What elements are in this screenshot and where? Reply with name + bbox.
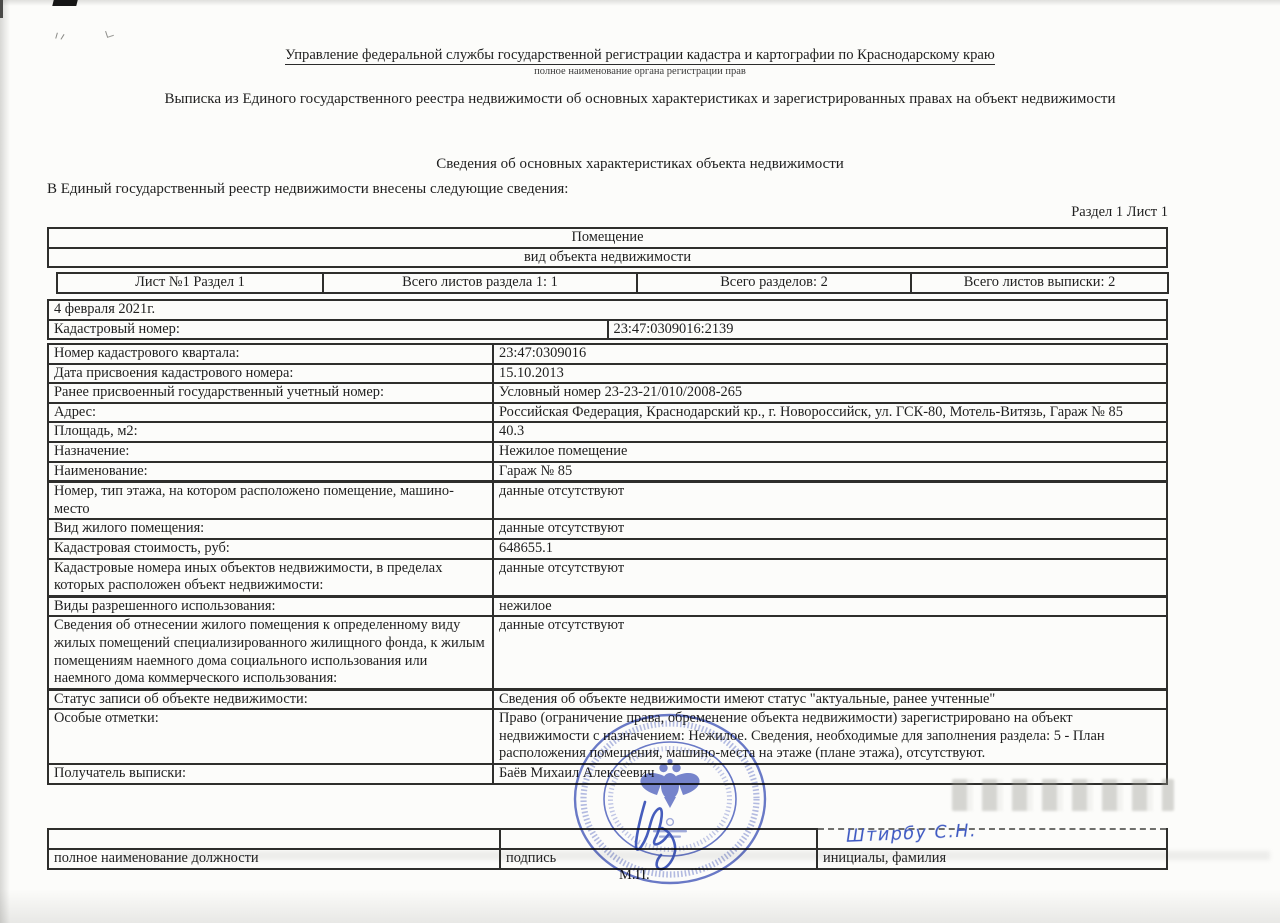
scan-corner-artifact <box>52 0 77 6</box>
field-label: Кадастровые номера иных объектов недвижи… <box>48 559 493 597</box>
signature-name-caption: инициалы, фамилия <box>817 849 1167 869</box>
scanned-document-page: Управление федеральной службы государств… <box>0 0 1280 923</box>
field-value: Условный номер 23-23-21/010/2008-265 <box>493 383 1167 403</box>
field-value: 23:47:0309016:2139 <box>608 320 1168 340</box>
table-row: Кадастровая стоимость, руб:648655.1 <box>48 539 1167 559</box>
double-headed-eagle-icon <box>640 759 699 808</box>
field-value: Нежилое помещение <box>493 442 1167 462</box>
sheet-info-table: Лист №1 Раздел 1 Всего листов раздела 1:… <box>56 272 1169 294</box>
field-label: Дата присвоения кадастрового номера: <box>48 364 493 384</box>
table-row: Адрес:Российская Федерация, Краснодарски… <box>48 403 1167 423</box>
table-row: Номер кадастрового квартала:23:47:030901… <box>48 344 1167 364</box>
field-label: Адрес: <box>48 403 493 423</box>
table-row: Сведения об отнесении жилого помещения к… <box>48 616 1167 689</box>
field-label: Ранее присвоенный государственный учетны… <box>48 383 493 403</box>
intro-text: В Единый государственный реестр недвижим… <box>47 181 568 198</box>
field-value: данные отсутствуют <box>493 616 1167 689</box>
scan-edge-shading <box>0 0 1280 6</box>
field-label: Вид жилого помещения: <box>48 519 493 539</box>
org-title: Управление федеральной службы государств… <box>0 47 1280 64</box>
scan-corner-artifact <box>0 0 3 18</box>
field-label: Особые отметки: <box>48 709 493 764</box>
field-value: 15.10.2013 <box>493 364 1167 384</box>
field-label: Кадастровый номер: <box>48 320 608 340</box>
table-row: Виды разрешенного использования:нежилое <box>48 596 1167 616</box>
sheet-info-cell: Всего листов раздела 1: 1 <box>323 273 637 293</box>
official-stamp <box>567 706 777 891</box>
field-value: Гараж № 85 <box>493 462 1167 482</box>
signature-position-caption: полное наименование должности <box>48 849 500 869</box>
sheet-info-cell: Лист №1 Раздел 1 <box>57 273 323 293</box>
object-type-table: Помещение вид объекта недвижимости <box>47 227 1168 268</box>
field-label: Номер кадастрового квартала: <box>48 344 493 364</box>
field-value: нежилое <box>493 596 1167 616</box>
signature-position-cell <box>48 829 500 849</box>
object-type-value: Помещение <box>48 228 1167 248</box>
field-value: 648655.1 <box>493 539 1167 559</box>
table-row: Вид жилого помещения:данные отсутствуют <box>48 519 1167 539</box>
table-row: Площадь, м2:40.3 <box>48 422 1167 442</box>
table-row: Кадастровые номера иных объектов недвижи… <box>48 559 1167 597</box>
field-label: Кадастровая стоимость, руб: <box>48 539 493 559</box>
sheet-info-cell: Всего разделов: 2 <box>637 273 911 293</box>
field-label: Номер, тип этажа, на котором расположено… <box>48 482 493 520</box>
scan-edge-shading <box>0 889 1280 923</box>
table-row: Назначение:Нежилое помещение <box>48 442 1167 462</box>
extract-date: 4 февраля 2021г. <box>48 300 1167 320</box>
table-row: Ранее присвоенный государственный учетны… <box>48 383 1167 403</box>
field-value: данные отсутствуют <box>493 482 1167 520</box>
field-value: 40.3 <box>493 422 1167 442</box>
field-label: Назначение: <box>48 442 493 462</box>
sheet-info-cell: Всего листов выписки: 2 <box>911 273 1168 293</box>
watermark-artifact <box>952 779 1174 811</box>
pen-mark <box>105 29 114 38</box>
field-label: Сведения об отнесении жилого помещения к… <box>48 616 493 689</box>
field-label: Наименование: <box>48 462 493 482</box>
date-cadastral-table: 4 февраля 2021г. Кадастровый номер: 23:4… <box>47 299 1168 340</box>
field-label: Статус записи об объекте недвижимости: <box>48 689 493 709</box>
section-title: Сведения об основных характеристиках объ… <box>0 156 1280 173</box>
document-title: Выписка из Единого государственного реес… <box>0 91 1280 108</box>
table-row: Номер, тип этажа, на котором расположено… <box>48 482 1167 520</box>
field-label: Получатель выписки: <box>48 764 493 784</box>
table-row: Наименование:Гараж № 85 <box>48 462 1167 482</box>
field-value: Российская Федерация, Краснодарский кр.,… <box>493 403 1167 423</box>
field-label: Виды разрешенного использования: <box>48 596 493 616</box>
scan-edge-shading <box>0 0 10 923</box>
field-label: Площадь, м2: <box>48 422 493 442</box>
org-subtitle: полное наименование органа регистрации п… <box>0 66 1280 77</box>
field-value: 23:47:0309016 <box>493 344 1167 364</box>
table-row: Дата присвоения кадастрового номера:15.1… <box>48 364 1167 384</box>
field-value: данные отсутствуют <box>493 559 1167 597</box>
pen-mark <box>55 33 60 40</box>
section-sheet-ref: Раздел 1 Лист 1 <box>1071 204 1168 221</box>
field-value: данные отсутствуют <box>493 519 1167 539</box>
object-type-caption: вид объекта недвижимости <box>48 248 1167 268</box>
